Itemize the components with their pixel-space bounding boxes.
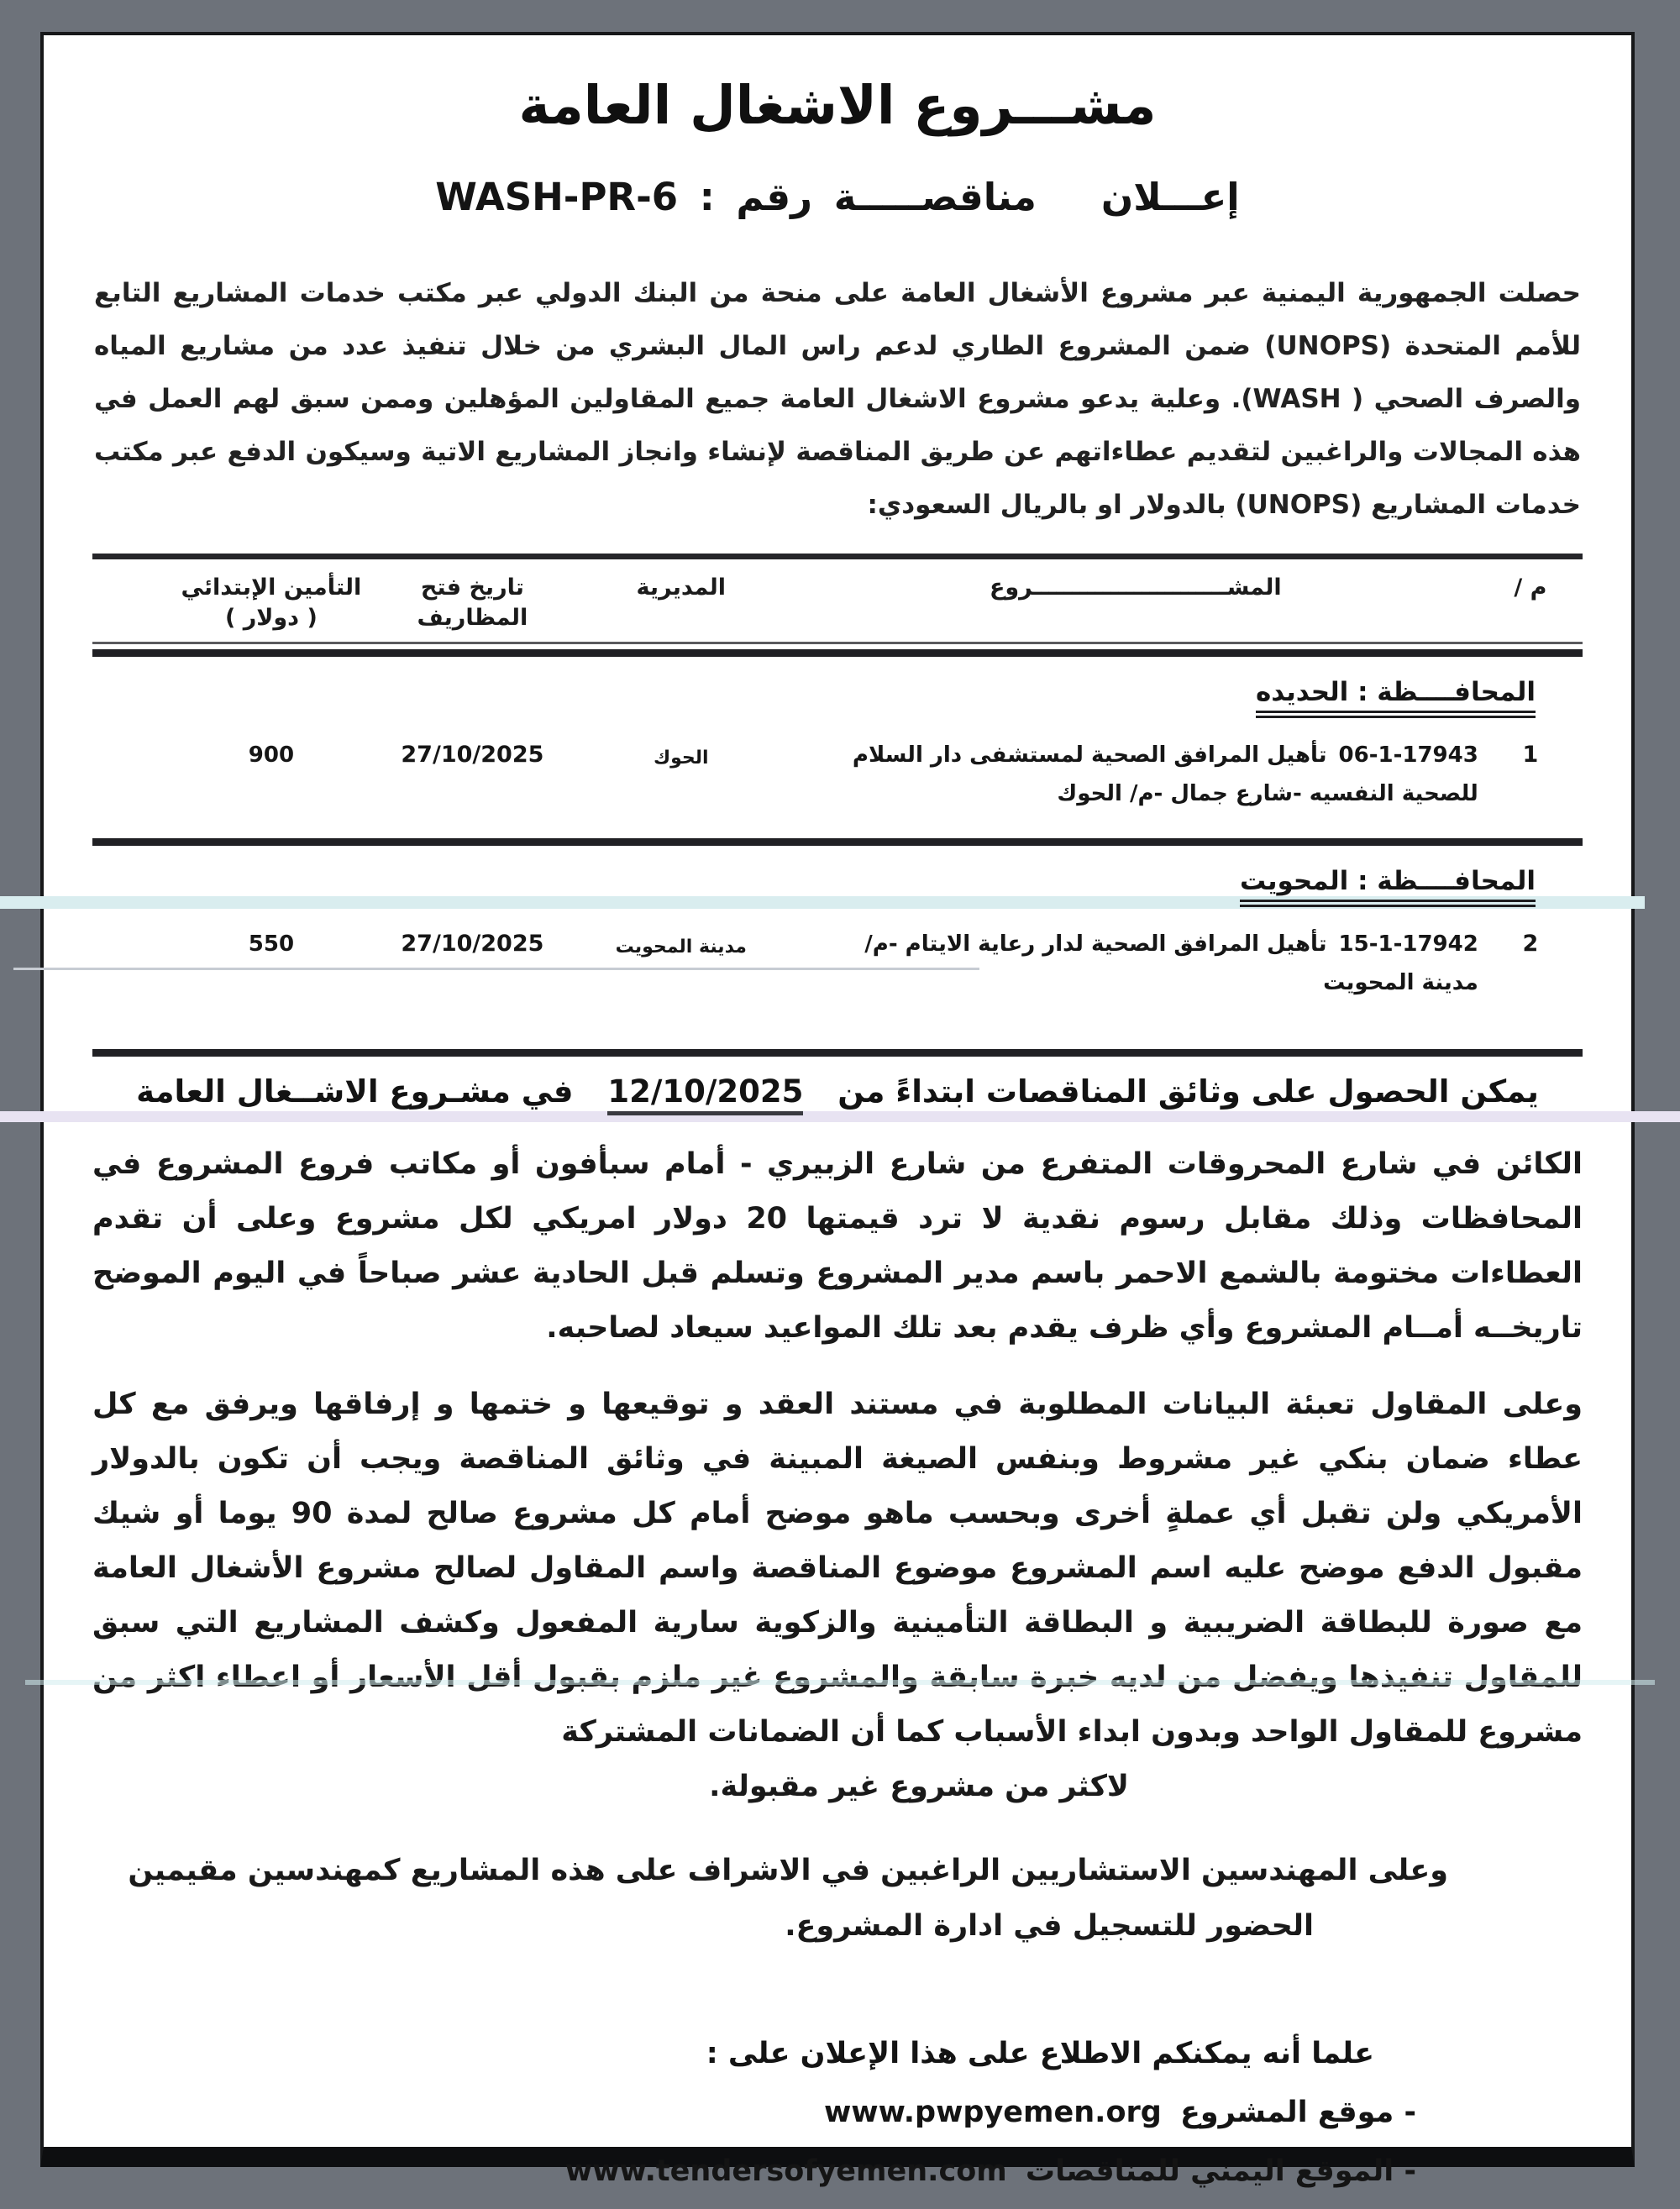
supervision-line-2: الحضور للتسجيل في ادارة المشروع. xyxy=(92,1898,1583,1954)
intro-paragraph: حصلت الجمهورية اليمنية عبر مشروع الأشغال… xyxy=(94,267,1581,532)
header-cell-number: م / xyxy=(1478,573,1583,603)
project-website-line: - موقع المشروع www.pwpyemen.org xyxy=(92,2083,1583,2142)
availability-prefix: يمكن الحصول على وثائق المناقصات ابتداءً … xyxy=(837,1073,1539,1110)
availability-date: 12/10/2025 xyxy=(607,1073,803,1115)
documents-availability-line: يمكن الحصول على وثائق المناقصات ابتداءً … xyxy=(92,1068,1583,1115)
governorate-label: المحافــــظة : الحديده xyxy=(1256,677,1536,718)
header-cell-open-date: تاريخ فتح المظاريف xyxy=(375,573,570,633)
notice-line: علما أنه يمكنكم الاطلاع على هذا الإعلان … xyxy=(92,2024,1583,2083)
terms-paragraph-1: الكائن في شارع المحروقات المتفرع من شارع… xyxy=(92,1137,1583,1356)
tenders-website-url: www.tendersofyemen.com xyxy=(565,2154,1007,2188)
table-row: 2 15-1-17942تأهيل المرافق الصحية لدار رع… xyxy=(92,925,1583,1002)
tender-table: م / المشـــــــــــــــــــــــــروع الم… xyxy=(92,554,1583,1002)
document-title: مشـــروع الاشغال العامة xyxy=(92,74,1583,138)
project-code: 15-1-17942 xyxy=(1339,931,1478,957)
project-code: 06-1-17943 xyxy=(1339,742,1478,768)
document-content: مشـــروع الاشغال العامة إعـــلان مناقصــ… xyxy=(44,35,1631,2147)
header-cell-project: المشـــــــــــــــــــــــــروع xyxy=(793,573,1478,603)
row-directorate-cell: الحوك xyxy=(570,736,793,778)
supervision-paragraph: وعلى المهندسين الاستشاريين الراغبين في ا… xyxy=(92,1843,1583,1954)
governorate-section-mahwit: المحافــــظة : المحويت xyxy=(92,866,1536,910)
project-website-url: www.pwpyemen.org xyxy=(824,2096,1162,2129)
row-open-date-cell: 27/10/2025 xyxy=(375,925,570,963)
row-insurance-cell: 900 xyxy=(167,736,375,774)
supervision-line-1: وعلى المهندسين الاستشاريين الراغبين في ا… xyxy=(92,1843,1583,1898)
terms-block: يمكن الحصول على وثائق المناقصات ابتداءً … xyxy=(92,1049,1583,2201)
row-number-cell: 2 xyxy=(1478,925,1583,963)
tenders-website-line: - الموقع اليمني للمناقصات www.tendersofy… xyxy=(92,2142,1583,2201)
terms-closing-line: لاكثر من مشروع غير مقبولة. xyxy=(92,1760,1583,1814)
header-divider-thin xyxy=(92,642,1583,644)
availability-suffix: في مشـروع الاشــغال العامة xyxy=(136,1073,573,1110)
document-sheet: مشـــروع الاشغال العامة إعـــلان مناقصــ… xyxy=(40,32,1635,2167)
row-insurance-cell: 550 xyxy=(167,925,375,963)
row-directorate-cell: مدينة المحويت xyxy=(570,925,793,967)
header-cell-directorate: المديرية xyxy=(570,573,793,603)
section-divider xyxy=(92,838,1583,846)
table-row: 1 06-1-17943تأهيل المرافق الصحية لمستشفى… xyxy=(92,736,1583,813)
row-project-cell: 15-1-17942تأهيل المرافق الصحية لدار رعاي… xyxy=(793,925,1478,1002)
project-website-label: - موقع المشروع xyxy=(1180,2096,1416,2129)
tenders-website-label: - الموقع اليمني للمناقصات xyxy=(1026,2154,1416,2188)
row-number-cell: 1 xyxy=(1478,736,1583,774)
footer-block: علما أنه يمكنكم الاطلاع على هذا الإعلان … xyxy=(92,2024,1583,2201)
tender-announcement-subtitle: إعـــلان مناقصـــــة رقم : WASH-PR-6 xyxy=(92,175,1583,220)
row-open-date-cell: 27/10/2025 xyxy=(375,736,570,774)
governorate-section-hodeidah: المحافــــظة : الحديده xyxy=(92,677,1536,721)
table-header-row: م / المشـــــــــــــــــــــــــروع الم… xyxy=(92,559,1583,640)
scan-artifact-lavender-band xyxy=(0,1111,1680,1122)
header-divider-thick xyxy=(92,649,1583,657)
row-project-cell: 06-1-17943تأهيل المرافق الصحية لمستشفى د… xyxy=(793,736,1478,813)
header-cell-insurance: التأمين الإبتدائي ( دولار ) xyxy=(167,573,375,633)
scanned-document-page: { "page": { "title": "مشـــروع الاشغال ا… xyxy=(0,0,1680,2209)
terms-paragraph-2: وعلى المقاول تعبئة البيانات المطلوبة في … xyxy=(92,1377,1583,1760)
governorate-label: المحافــــظة : المحويت xyxy=(1240,866,1536,907)
